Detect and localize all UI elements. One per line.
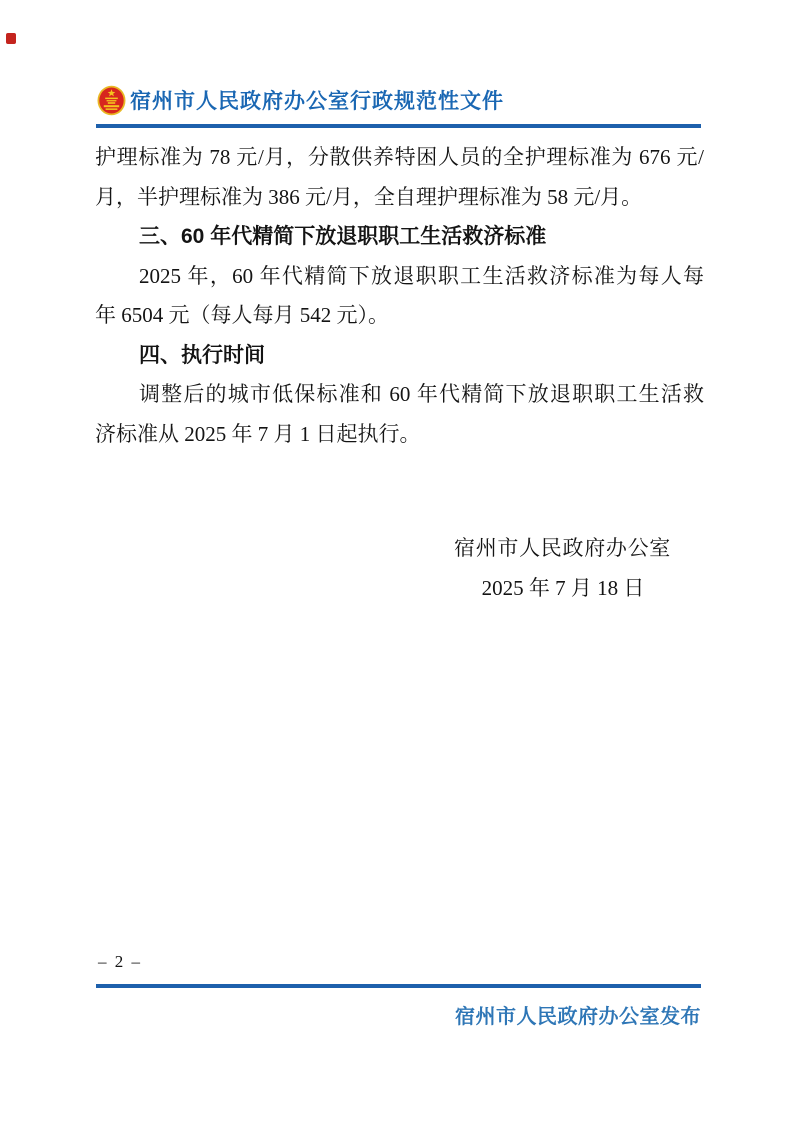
section-heading-4: 四、执行时间 [95, 336, 704, 376]
document-header: 宿州市人民政府办公室行政规范性文件 [97, 84, 504, 116]
footer-divider [96, 984, 701, 988]
red-corner-marker [6, 33, 16, 44]
document-body: 护理标准为 78 元/月，分散供养特困人员的全护理标准为 676 元/ 月，半护… [95, 138, 704, 454]
national-emblem-icon [97, 85, 126, 116]
document-page: 宿州市人民政府办公室行政规范性文件 护理标准为 78 元/月，分散供养特困人员的… [0, 0, 793, 1122]
body-line: 护理标准为 78 元/月，分散供养特困人员的全护理标准为 676 元/ [95, 138, 704, 178]
signature-block: 宿州市人民政府办公室 2025 年 7 月 18 日 [454, 529, 672, 608]
body-line: 月，半护理标准为 386 元/月，全自理护理标准为 58 元/月。 [95, 178, 704, 218]
page-number: – 2 – [98, 951, 142, 973]
body-line: 济标准从 2025 年 7 月 1 日起执行。 [95, 415, 704, 455]
section-heading-3: 三、60 年代精简下放退职职工生活救济标准 [95, 217, 704, 257]
header-divider [96, 124, 701, 128]
signature-date: 2025 年 7 月 18 日 [454, 569, 672, 609]
body-line: 年 6504 元（每人每月 542 元）。 [95, 296, 704, 336]
body-line: 调整后的城市低保标准和 60 年代精简下放退职职工生活救 [95, 375, 704, 415]
body-line: 2025 年，60 年代精简下放退职职工生活救济标准为每人每 [95, 257, 704, 297]
header-title: 宿州市人民政府办公室行政规范性文件 [130, 85, 504, 115]
footer-publisher: 宿州市人民政府办公室发布 [95, 1005, 701, 1029]
signature-org: 宿州市人民政府办公室 [454, 529, 672, 569]
